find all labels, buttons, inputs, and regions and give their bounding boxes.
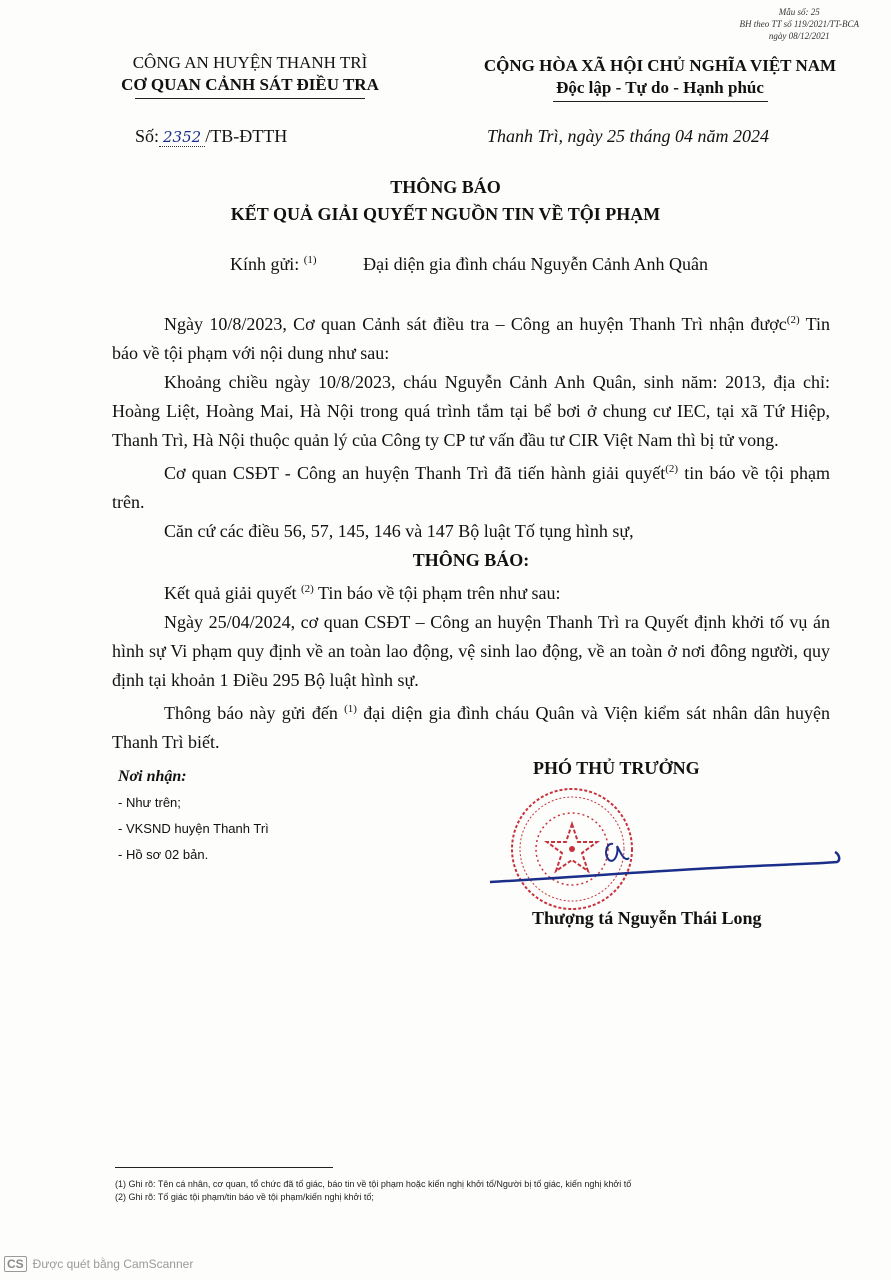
camscanner-logo-icon: CS bbox=[4, 1256, 27, 1272]
recipients-label: Nơi nhận: bbox=[118, 764, 269, 790]
paragraph-7: Thông báo này gửi đến (1) đại diện gia đ… bbox=[112, 695, 830, 757]
footnote-2: (2) Ghi rõ: Tố giác tội phạm/tin báo về … bbox=[115, 1191, 631, 1204]
recipient-item: - Hồ sơ 02 bản. bbox=[118, 842, 269, 868]
agency-name: CƠ QUAN CẢNH SÁT ĐIỀU TRA bbox=[100, 74, 400, 96]
national-title: CỘNG HÒA XÃ HỘI CHỦ NGHĨA VIỆT NAM bbox=[450, 55, 870, 77]
notice-heading: THÔNG BÁO: bbox=[112, 546, 830, 575]
watermark-text: Được quét bằng CamScanner bbox=[33, 1257, 194, 1271]
number-prefix: Số: bbox=[135, 126, 159, 146]
number-suffix: /TB-ĐTTH bbox=[205, 126, 287, 146]
recipient-value: Đại diện gia đình cháu Nguyễn Cảnh Anh Q… bbox=[363, 254, 708, 274]
form-ref-line1: Mẫu số: 25 bbox=[739, 6, 859, 18]
agency-parent: CÔNG AN HUYỆN THANH TRÌ bbox=[100, 52, 400, 74]
national-motto: Độc lập - Tự do - Hạnh phúc bbox=[450, 77, 870, 99]
recipient-item: - VKSND huyện Thanh Trì bbox=[118, 816, 269, 842]
footnotes: (1) Ghi rõ: Tên cá nhân, cơ quan, tổ chứ… bbox=[115, 1178, 631, 1204]
recipient-label: Kính gửi: bbox=[230, 254, 299, 274]
signature-icon bbox=[485, 842, 845, 892]
signer-title: PHÓ THỦ TRƯỞNG bbox=[533, 758, 700, 779]
form-ref-line2: BH theo TT số 119/2021/TT-BCA bbox=[739, 18, 859, 30]
paragraph-2: Khoảng chiều ngày 10/8/2023, cháu Nguyễn… bbox=[112, 368, 830, 455]
paragraph-3: Cơ quan CSĐT - Công an huyện Thanh Trì đ… bbox=[112, 455, 830, 517]
agency-header: CÔNG AN HUYỆN THANH TRÌ CƠ QUAN CẢNH SÁT… bbox=[100, 52, 400, 99]
paragraph-4: Căn cứ các điều 56, 57, 145, 146 và 147 … bbox=[112, 517, 830, 546]
form-ref-line3: ngày 08/12/2021 bbox=[739, 30, 859, 42]
paragraph-1: Ngày 10/8/2023, Cơ quan Cảnh sát điều tr… bbox=[112, 306, 830, 368]
paragraph-5: Kết quả giải quyết (2) Tin báo về tội ph… bbox=[112, 575, 830, 608]
footnote-divider bbox=[115, 1167, 333, 1168]
document-body: Ngày 10/8/2023, Cơ quan Cảnh sát điều tr… bbox=[112, 306, 830, 757]
document-title: THÔNG BÁO bbox=[0, 177, 891, 198]
motto-underline bbox=[553, 101, 768, 102]
document-subtitle: KẾT QUẢ GIẢI QUYẾT NGUỒN TIN VỀ TỘI PHẠM bbox=[0, 204, 891, 225]
footnote-1: (1) Ghi rõ: Tên cá nhân, cơ quan, tổ chứ… bbox=[115, 1178, 631, 1191]
national-header: CỘNG HÒA XÃ HỘI CHỦ NGHĨA VIỆT NAM Độc l… bbox=[450, 55, 870, 102]
paragraph-6: Ngày 25/04/2024, cơ quan CSĐT – Công an … bbox=[112, 608, 830, 695]
signer-name: Thượng tá Nguyễn Thái Long bbox=[532, 908, 762, 929]
recipient-line: Kính gửi: (1) Đại diện gia đình cháu Ngu… bbox=[230, 254, 708, 275]
form-reference: Mẫu số: 25 BH theo TT số 119/2021/TT-BCA… bbox=[739, 6, 859, 42]
recipients-list: Nơi nhận: - Như trên; - VKSND huyện Than… bbox=[118, 764, 269, 868]
recipient-note: (1) bbox=[304, 254, 317, 266]
recipient-item: - Như trên; bbox=[118, 790, 269, 816]
document-number: Số:2352/TB-ĐTTH bbox=[135, 126, 287, 147]
scanner-watermark: CS Được quét bằng CamScanner bbox=[4, 1256, 193, 1272]
document-date: Thanh Trì, ngày 25 tháng 04 năm 2024 bbox=[487, 126, 769, 147]
handwritten-number: 2352 bbox=[159, 128, 205, 147]
agency-underline bbox=[135, 98, 365, 99]
